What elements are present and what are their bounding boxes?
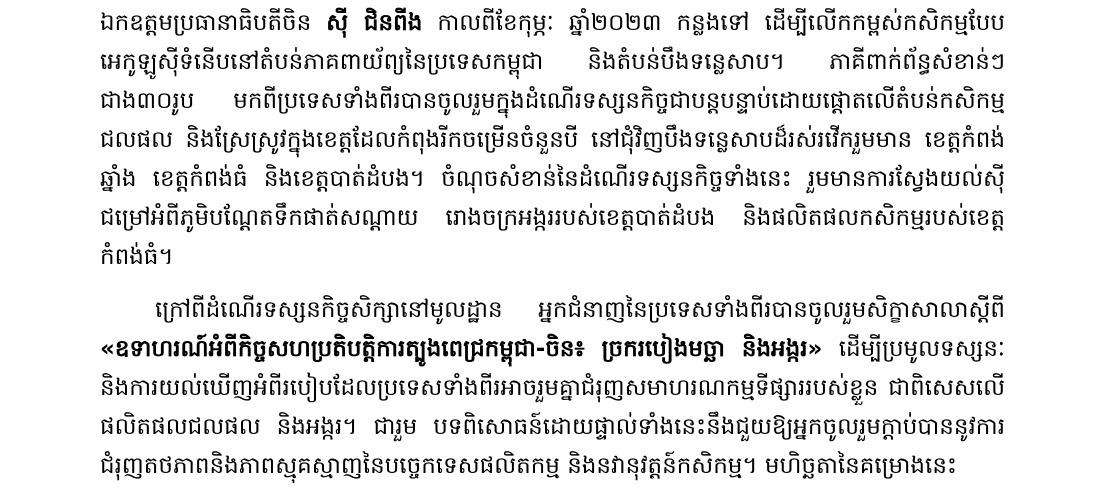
president-name-bold: ស៊ី ជិនពីង: [326, 10, 422, 36]
paragraph-1: ឯកឧត្តមប្រធានាធិបតីចិន ស៊ី ជិនពីង កាលពីខ…: [100, 4, 1005, 277]
document-page: ឯកឧត្តមប្រធានាធិបតីចិន ស៊ី ជិនពីង កាលពីខ…: [0, 0, 1100, 490]
paragraph-1-opening-text: ឯកឧត្តមប្រធានាធិបតីចិន: [100, 10, 326, 36]
paragraph-1-body-text: កាលពីខែកុម្ភៈ ឆ្នាំ២០២៣ កន្លងទៅ ដើម្បីលើ…: [100, 10, 1005, 270]
paragraph-2: ក្រៅពីដំណើរទស្សនកិច្ចសិក្សានៅមូលដ្ឋាន អ្…: [100, 291, 1005, 486]
paragraph-2-opening-text: ក្រៅពីដំណើរទស្សនកិច្ចសិក្សានៅមូលដ្ឋាន អ្…: [155, 297, 1005, 323]
workshop-title-bold: «ឧទាហរណ៍អំពីកិច្ចសហប្រតិបត្តិការត្បូងពេជ…: [100, 336, 822, 362]
